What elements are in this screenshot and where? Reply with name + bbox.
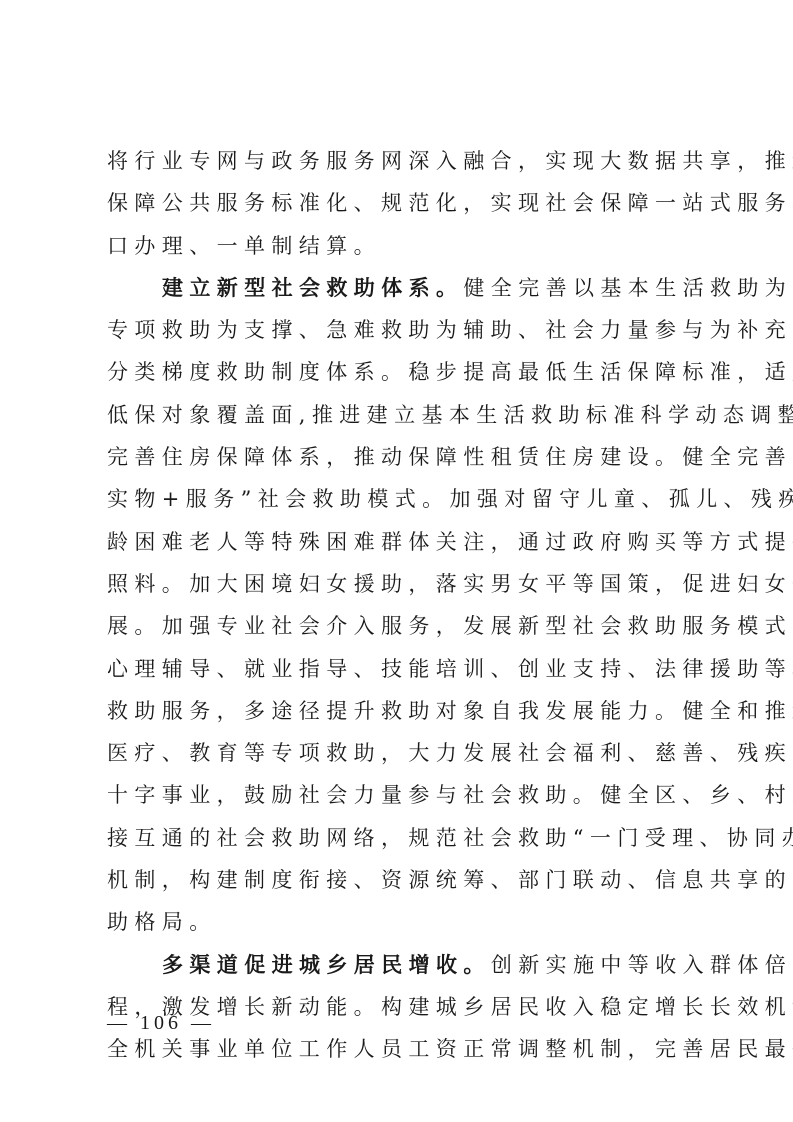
text-line: 口办理、一单制结算。 (107, 225, 693, 267)
text-line: 低保对象覆盖面,推进建立基本生活救助标准科学动态调整机制。 (107, 394, 693, 436)
document-body: 将行业专网与政务服务网深入融合，实现大数据共享，推进社会 保障公共服务标准化、规… (107, 140, 693, 1071)
text-line: 十字事业，鼓励社会力量参与社会救助。健全区、乡、村三级衔 (107, 774, 693, 816)
text-line: 保障公共服务标准化、规范化，实现社会保障一站式服务、一窗 (107, 182, 693, 224)
text-line: 将行业专网与政务服务网深入融合，实现大数据共享，推进社会 (107, 140, 693, 182)
section-heading: 多渠道促进城乡居民增收。 (162, 952, 491, 977)
text-line: 完善住房保障体系，推动保障性租赁住房建设。健全完善“现金+ (107, 436, 693, 478)
text-line: 实物+服务”社会救助模式。加强对留守儿童、孤儿、残疾人、高 (107, 478, 693, 520)
line-text: 专项救助为支撑、急难救助为辅助、社会力量参与为补充的分层 (107, 318, 793, 342)
text-line: 照料。加大困境妇女援助，落实男女平等国策，促进妇女全面发 (107, 563, 693, 605)
line-text: 展。加强专业社会介入服务，发展新型社会救助服务模式，提供 (107, 614, 793, 638)
text-line: 龄困难老人等特殊困难群体关注，通过政府购买等方式提供必要 (107, 521, 693, 563)
section-heading: 建立新型社会救助体系。 (162, 275, 463, 300)
text-line: 专项救助为支撑、急难救助为辅助、社会力量参与为补充的分层 (107, 309, 693, 351)
line-text: 十字事业，鼓励社会力量参与社会救助。健全区、乡、村三级衔 (107, 783, 793, 807)
section-heading-line: 多渠道促进城乡居民增收。创新实施中等收入群体倍增工 (107, 944, 693, 986)
line-text: 健全完善以基本生活救助为基础、 (463, 276, 793, 300)
line-text: 医疗、教育等专项救助，大力发展社会福利、慈善、残疾人和红 (107, 741, 793, 765)
text-line: 助格局。 (107, 901, 693, 943)
line-text: 助格局。 (107, 910, 217, 934)
text-line: 医疗、教育等专项救助，大力发展社会福利、慈善、残疾人和红 (107, 732, 693, 774)
line-text: 保障公共服务标准化、规范化，实现社会保障一站式服务、一窗 (107, 191, 793, 215)
section-heading-line: 建立新型社会救助体系。健全完善以基本生活救助为基础、 (107, 267, 693, 309)
line-text: 全机关事业单位工作人员工资正常调整机制，完善居民最低工资 (107, 1037, 793, 1061)
line-text: 龄困难老人等特殊困难群体关注，通过政府购买等方式提供必要 (107, 530, 793, 554)
line-text: 实物+服务”社会救助模式。加强对留守儿童、孤儿、残疾人、高 (107, 487, 793, 511)
line-text: 将行业专网与政务服务网深入融合，实现大数据共享，推进社会 (107, 149, 793, 173)
text-line: 展。加强专业社会介入服务，发展新型社会救助服务模式，提供 (107, 605, 693, 647)
text-line: 接互通的社会救助网络，规范社会救助“一门受理、协同办理” (107, 817, 693, 859)
line-text: 心理辅导、就业指导、技能培训、创业支持、法律援助等积极性 (107, 657, 793, 681)
line-text: 创新实施中等收入群体倍增工 (491, 953, 793, 977)
page-number: — 106 — (107, 1012, 215, 1035)
line-text: 低保对象覆盖面,推进建立基本生活救助标准科学动态调整机制。 (107, 403, 793, 427)
text-line: 分类梯度救助制度体系。稳步提高最低生活保障标准，适度扩大 (107, 351, 693, 393)
text-line: 机制，构建制度衔接、资源统筹、部门联动、信息共享的综合救 (107, 859, 693, 901)
text-line: 救助服务，多途径提升救助对象自我发展能力。健全和推进灾害、 (107, 690, 693, 732)
line-text: 口办理、一单制结算。 (107, 234, 381, 258)
line-text: 分类梯度救助制度体系。稳步提高最低生活保障标准，适度扩大 (107, 360, 793, 384)
line-text: 救助服务，多途径提升救助对象自我发展能力。健全和推进灾害、 (107, 699, 793, 723)
line-text: 完善住房保障体系，推动保障性租赁住房建设。健全完善“现金+ (107, 445, 793, 469)
line-text: 机制，构建制度衔接、资源统筹、部门联动、信息共享的综合救 (107, 868, 793, 892)
line-text: 接互通的社会救助网络，规范社会救助“一门受理、协同办理” (107, 826, 793, 850)
line-text: 照料。加大困境妇女援助，落实男女平等国策，促进妇女全面发 (107, 572, 793, 596)
text-line: 心理辅导、就业指导、技能培训、创业支持、法律援助等积极性 (107, 648, 693, 690)
